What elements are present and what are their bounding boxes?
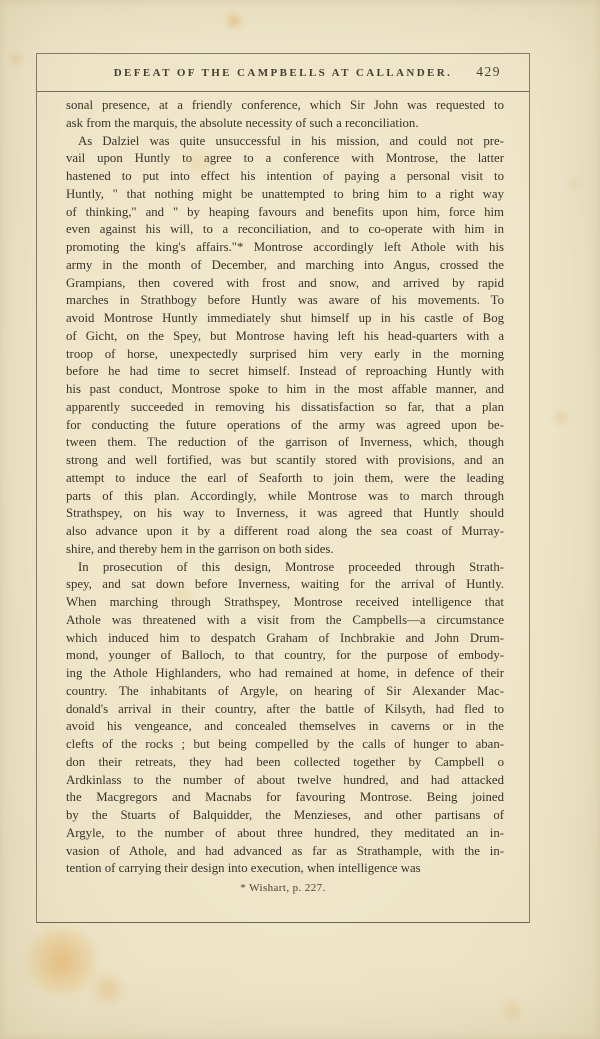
paper-stain: [10, 52, 22, 66]
paper-stain: [552, 410, 570, 426]
text-line: vasion of Athole, and had advanced as fa…: [66, 843, 504, 861]
text-line: also advance upon it by a different road…: [66, 523, 504, 541]
text-line: Ardkinlass to the number of about twelve…: [66, 772, 504, 790]
text-line: When marching through Strathspey, Montro…: [66, 594, 504, 612]
footnote: * Wishart, p. 227.: [37, 882, 529, 894]
text-line: apparently succeeded in removing his dis…: [66, 399, 504, 417]
paragraph: As Dalziel was quite unsuccessful in his…: [66, 133, 504, 559]
text-line: the Macgregors and Macnabs for favouring…: [66, 789, 504, 807]
paper-stain: [566, 178, 580, 190]
text-line: hastened to put into effect his intentio…: [66, 168, 504, 186]
text-line: As Dalziel was quite unsuccessful in his…: [66, 133, 504, 151]
paragraph: sonal presence, at a friendly conference…: [66, 97, 504, 133]
running-title: DEFEAT OF THE CAMPBELLS AT CALLANDER.: [37, 67, 529, 79]
text-line: Huntly, " that nothing might be unattemp…: [66, 186, 504, 204]
text-line: tween them. The reduction of the garriso…: [66, 434, 504, 452]
text-line: Athole was threatened with a visit from …: [66, 612, 504, 630]
text-line: donald's arrival in their country, after…: [66, 701, 504, 719]
text-line: spey, and sat down before Inverness, wai…: [66, 576, 504, 594]
text-line: Grampians, then covered with frost and s…: [66, 275, 504, 293]
text-line: promoting the king's affairs."* Montrose…: [66, 239, 504, 257]
text-line: of thinking," and " by heaping favours a…: [66, 204, 504, 222]
text-line: sonal presence, at a friendly conference…: [66, 97, 504, 115]
text-line: mond, younger of Balloch, to that countr…: [66, 647, 504, 665]
text-line: army in the month of December, and march…: [66, 257, 504, 275]
text-line: avoid his vengeance, and concealed thems…: [66, 718, 504, 736]
page-body: sonal presence, at a friendly conference…: [66, 97, 504, 878]
text-line: Strathspey, on his way to Inverness, it …: [66, 505, 504, 523]
header-rule: [37, 91, 529, 92]
paper-stain: [224, 12, 244, 30]
text-line: his past conduct, Montrose spoke to him …: [66, 381, 504, 399]
text-line: tention of carrying their design into ex…: [66, 860, 504, 878]
text-line: Argyle, to the number of about three hun…: [66, 825, 504, 843]
paper-stain: [498, 1000, 526, 1022]
paper-stain: [22, 928, 102, 994]
page-number: 429: [476, 64, 501, 80]
text-line: vail upon Huntly to agree to a conferenc…: [66, 150, 504, 168]
text-line: don their retreats, they had been collec…: [66, 754, 504, 772]
text-line: which induced him to despatch Graham of …: [66, 630, 504, 648]
text-line: clefts of the rocks ; but being compelle…: [66, 736, 504, 754]
text-line: even against his will, to a reconciliati…: [66, 221, 504, 239]
text-line: troop of horse, unexpectedly surprised h…: [66, 346, 504, 364]
paper-stain: [88, 972, 128, 1006]
text-line: strong and well fortified, was but scant…: [66, 452, 504, 470]
text-line: of Gicht, on the Spey, but Montrose havi…: [66, 328, 504, 346]
text-line: parts of this plan. Accordingly, while M…: [66, 488, 504, 506]
text-line: before he had time to secret himself. In…: [66, 363, 504, 381]
text-line: shire, and thereby hem in the garrison o…: [66, 541, 504, 559]
text-line: ing the Athole Highlanders, who had rema…: [66, 665, 504, 683]
text-line: marches in Strathbogy before Huntly was …: [66, 292, 504, 310]
text-block-frame: DEFEAT OF THE CAMPBELLS AT CALLANDER. 42…: [36, 53, 530, 923]
text-line: In prosecution of this design, Montrose …: [66, 559, 504, 577]
page-header: DEFEAT OF THE CAMPBELLS AT CALLANDER. 42…: [37, 54, 529, 90]
text-line: attempt to induce the earl of Seaforth t…: [66, 470, 504, 488]
text-line: ask from the marquis, the absolute neces…: [66, 115, 504, 133]
text-line: avoid Montrose Huntly immediately shut h…: [66, 310, 504, 328]
text-line: country. The inhabitants of Argyle, on h…: [66, 683, 504, 701]
text-line: for conducting the future operations of …: [66, 417, 504, 435]
paragraph: In prosecution of this design, Montrose …: [66, 559, 504, 879]
book-page: DEFEAT OF THE CAMPBELLS AT CALLANDER. 42…: [0, 0, 600, 1039]
text-line: by the Stuarts of Balquidder, the Menzie…: [66, 807, 504, 825]
